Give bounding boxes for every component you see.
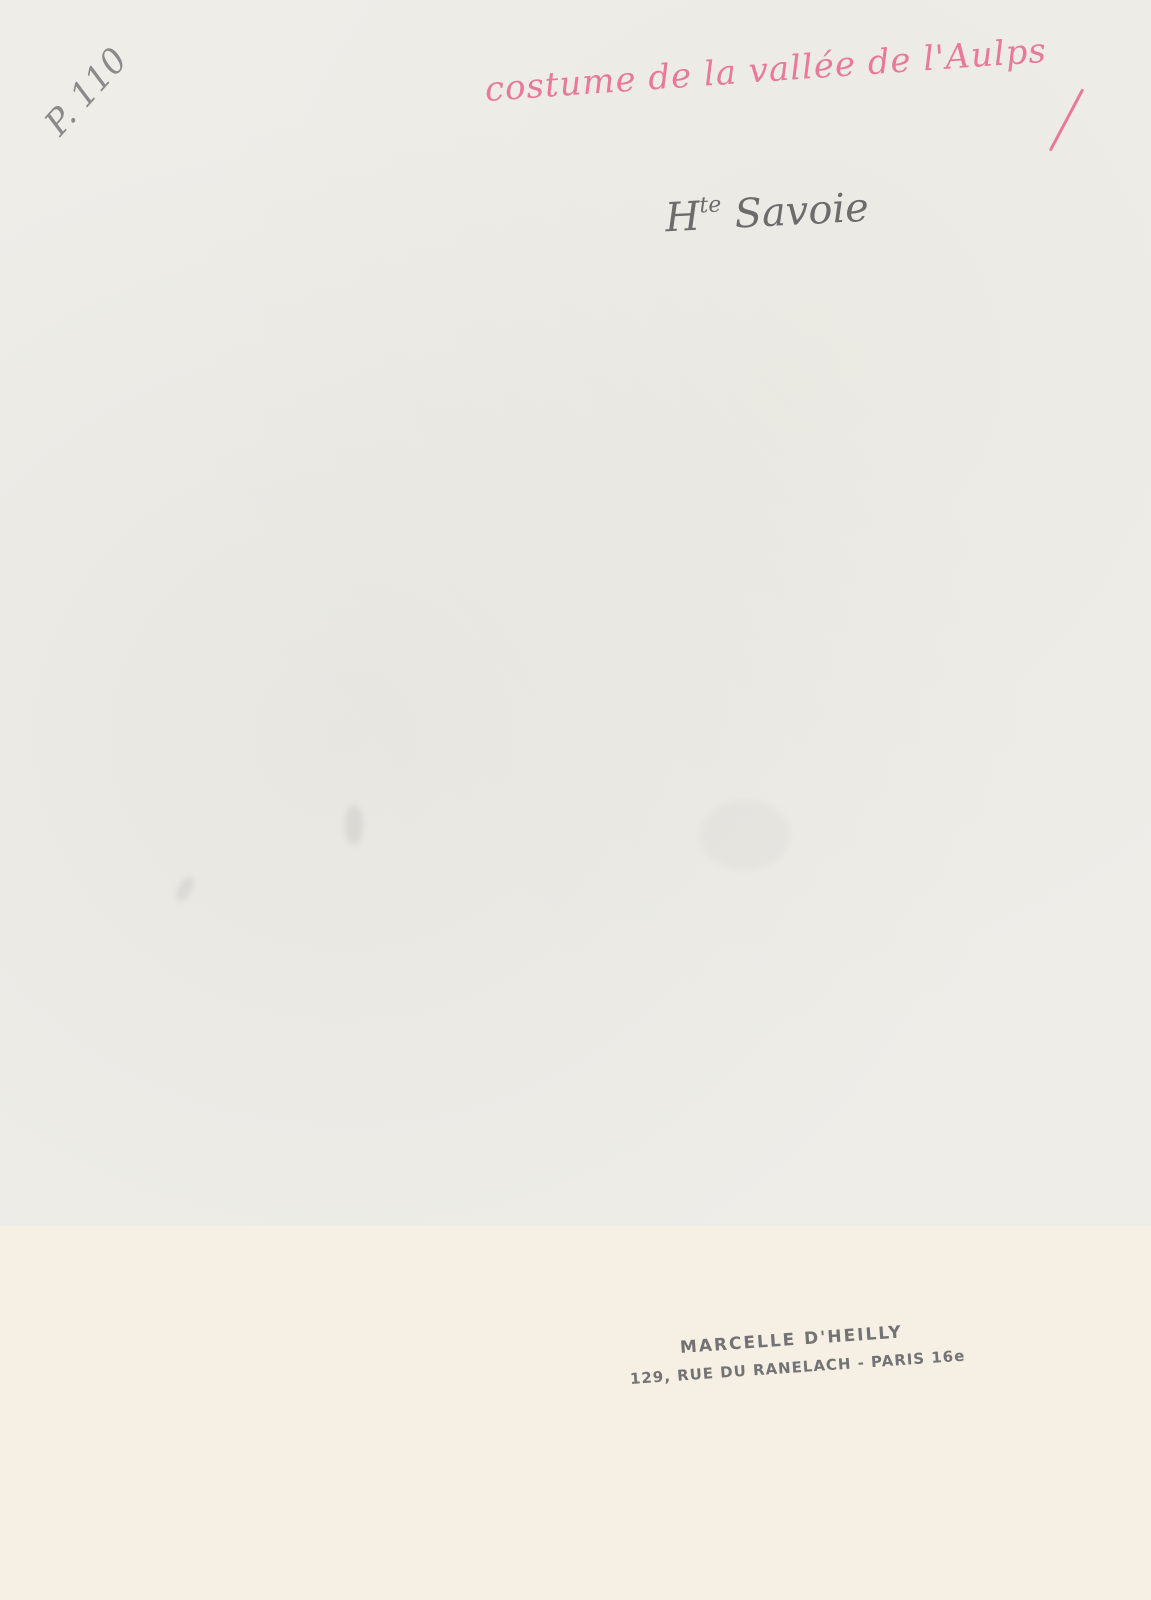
region-name: Savoie: [733, 185, 870, 238]
photo-bottom-margin: [0, 1226, 1151, 1600]
photo-verso-page: costume de la vallée de l'Aulps P. 110 H…: [0, 0, 1151, 1600]
pencil-smudge: [172, 873, 198, 904]
photo-back-area: [0, 0, 1151, 1226]
paper-stain: [700, 800, 790, 870]
region-letter: H: [664, 194, 701, 242]
pencil-smudge: [345, 805, 363, 845]
region-superscript: te: [699, 192, 722, 218]
